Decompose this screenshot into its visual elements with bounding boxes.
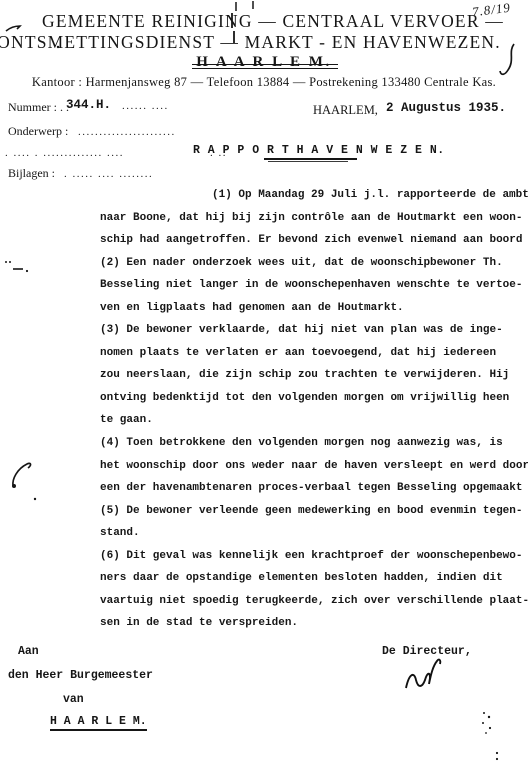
footer-city: H A A R L E M.	[50, 715, 147, 728]
report-line: ners daar de opstandige elementen beslot…	[100, 567, 528, 590]
report-line: ven en ligplaats had genomen aan de Hout…	[100, 297, 528, 320]
report-line: schip had aangetroffen. Er bevond zich e…	[100, 229, 528, 252]
signature-icon	[406, 660, 440, 688]
report-line: Besseling niet langer in de woonschepenh…	[100, 274, 528, 297]
ink-dot	[26, 270, 28, 272]
onderwerp-dotted-line: .......................	[78, 126, 176, 138]
place-label: HAARLEM,	[313, 103, 378, 118]
report-line: een der havenambtenaren proces-verbaal t…	[100, 477, 528, 500]
report-line: stand.	[100, 522, 528, 545]
speck	[485, 732, 487, 734]
footer-aan: Aan	[18, 645, 39, 658]
ink-dot	[34, 498, 36, 500]
letterhead-line1: GEMEENTE REINIGING — CENTRAAL VERVOER —	[9, 11, 528, 32]
date-value: 2 Augustus 1935.	[386, 101, 506, 115]
report-line: ontving bedenktijd tot den volgenden mor…	[100, 387, 528, 410]
report-line: (5) De bewoner verleende geen medewerkin…	[100, 500, 528, 523]
signer-title: De Directeur,	[382, 645, 472, 658]
ink-blob	[12, 484, 16, 488]
report-title-underline-2	[268, 161, 348, 162]
bijlagen-dotted-line: . ..... .... ........	[64, 168, 153, 180]
scanned-letter-page: GEMEENTE REINIGING — CENTRAAL VERVOER — …	[0, 0, 528, 768]
report-line: (2) Een nader onderzoek wees uit, dat de…	[100, 252, 528, 275]
footer-addressee: den Heer Burgemeester	[8, 669, 153, 682]
footer-van: van	[63, 693, 84, 706]
speck	[496, 752, 498, 754]
speck	[496, 758, 498, 760]
report-line: te gaan.	[100, 409, 528, 432]
report-line: (1) Op Maandag 29 Juli j.l. rapporteerde…	[100, 184, 528, 207]
report-line: (3) De bewoner verklaarde, dat hij niet …	[100, 319, 528, 342]
speck	[482, 722, 484, 724]
onderwerp-label: Onderwerp :	[8, 124, 68, 139]
report-line: zou neerslaan, die zijn schip zou tracht…	[100, 364, 528, 387]
report-body: (1) Op Maandag 29 Juli j.l. rapporteerde…	[100, 184, 528, 635]
ink-dot	[5, 261, 7, 263]
report-line: nomen plaats te verlaten er aan toevoege…	[100, 342, 528, 365]
report-line: vaartuig niet spoedig terugkeerde, zich …	[100, 590, 528, 613]
nummer-label: Nummer : . .	[8, 100, 69, 115]
speck	[488, 716, 490, 718]
ink-dot	[9, 261, 11, 263]
bijlagen-label: Bijlagen :	[8, 166, 55, 181]
footer-city-text: H A A R L E M.	[50, 715, 147, 731]
letterhead: GEMEENTE REINIGING — CENTRAAL VERVOER — …	[0, 11, 528, 71]
nummer-dotted-line: ...... ....	[122, 100, 169, 112]
report-line: (6) Dit geval was kennelijk een krachtpr…	[100, 545, 528, 568]
nummer-value: 344.H.	[66, 98, 111, 112]
report-line: naar Boone, dat hij bij zijn contrôle aa…	[100, 207, 528, 230]
speck	[489, 727, 491, 729]
report-line: (4) Toen betrokkene den volgenden morgen…	[100, 432, 528, 455]
speck	[483, 712, 485, 714]
report-line: sen in de stad te verspreiden.	[100, 612, 528, 635]
office-address-line: Kantoor : Harmenjansweg 87 — Telefoon 13…	[0, 75, 528, 90]
report-title: R A P P O R T H A V E N W E Z E N.	[193, 144, 445, 157]
letterhead-double-rule	[192, 64, 338, 69]
letterhead-line2: ONTSMETTINGSDIENST — MARKT - EN HAVENWEZ…	[0, 32, 513, 53]
pen-hook-left	[13, 463, 31, 486]
report-title-underline	[264, 158, 357, 160]
filler-dotted-line: . .... . .............. ....	[5, 147, 124, 159]
report-line: het woonschip door ons weder naar de hav…	[100, 455, 528, 478]
